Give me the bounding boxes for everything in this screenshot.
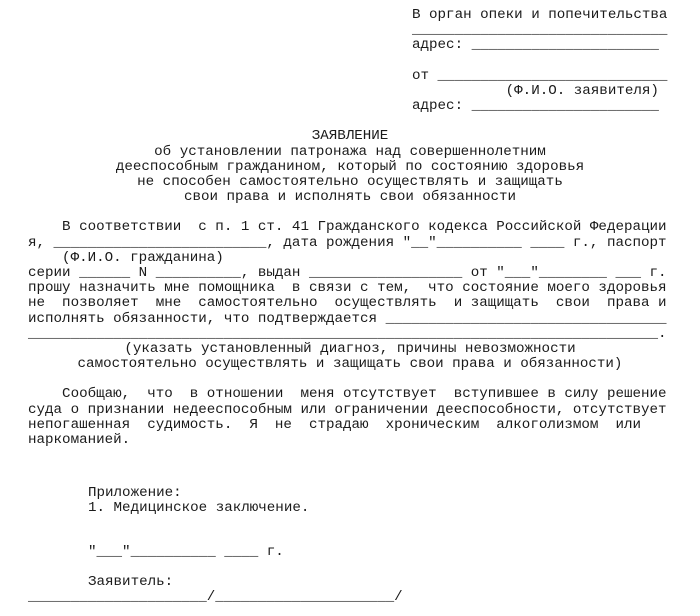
recipient-address-block: В орган опеки и попечительства _________… <box>412 8 672 114</box>
signer-label: Заявитель: <box>88 575 672 590</box>
date-blank-line: "___"__________ ____ г. <box>88 545 672 560</box>
document-page: В орган опеки и попечительства _________… <box>0 0 700 616</box>
paragraph-declaration: Сообщаю, что в отношении меня отсутствуе… <box>28 387 672 448</box>
paragraph-legal-basis: В соответствии с п. 1 ст. 41 Гражданског… <box>28 220 672 342</box>
diagnosis-footnote: (указать установленный диагноз, причины … <box>28 342 672 372</box>
signature-blank-line: _____________________/__________________… <box>28 590 672 605</box>
attachment-list: Приложение: 1. Медицинское заключение. <box>88 486 672 516</box>
document-title: ЗАЯВЛЕНИЕ об установлении патронажа над … <box>28 129 672 205</box>
